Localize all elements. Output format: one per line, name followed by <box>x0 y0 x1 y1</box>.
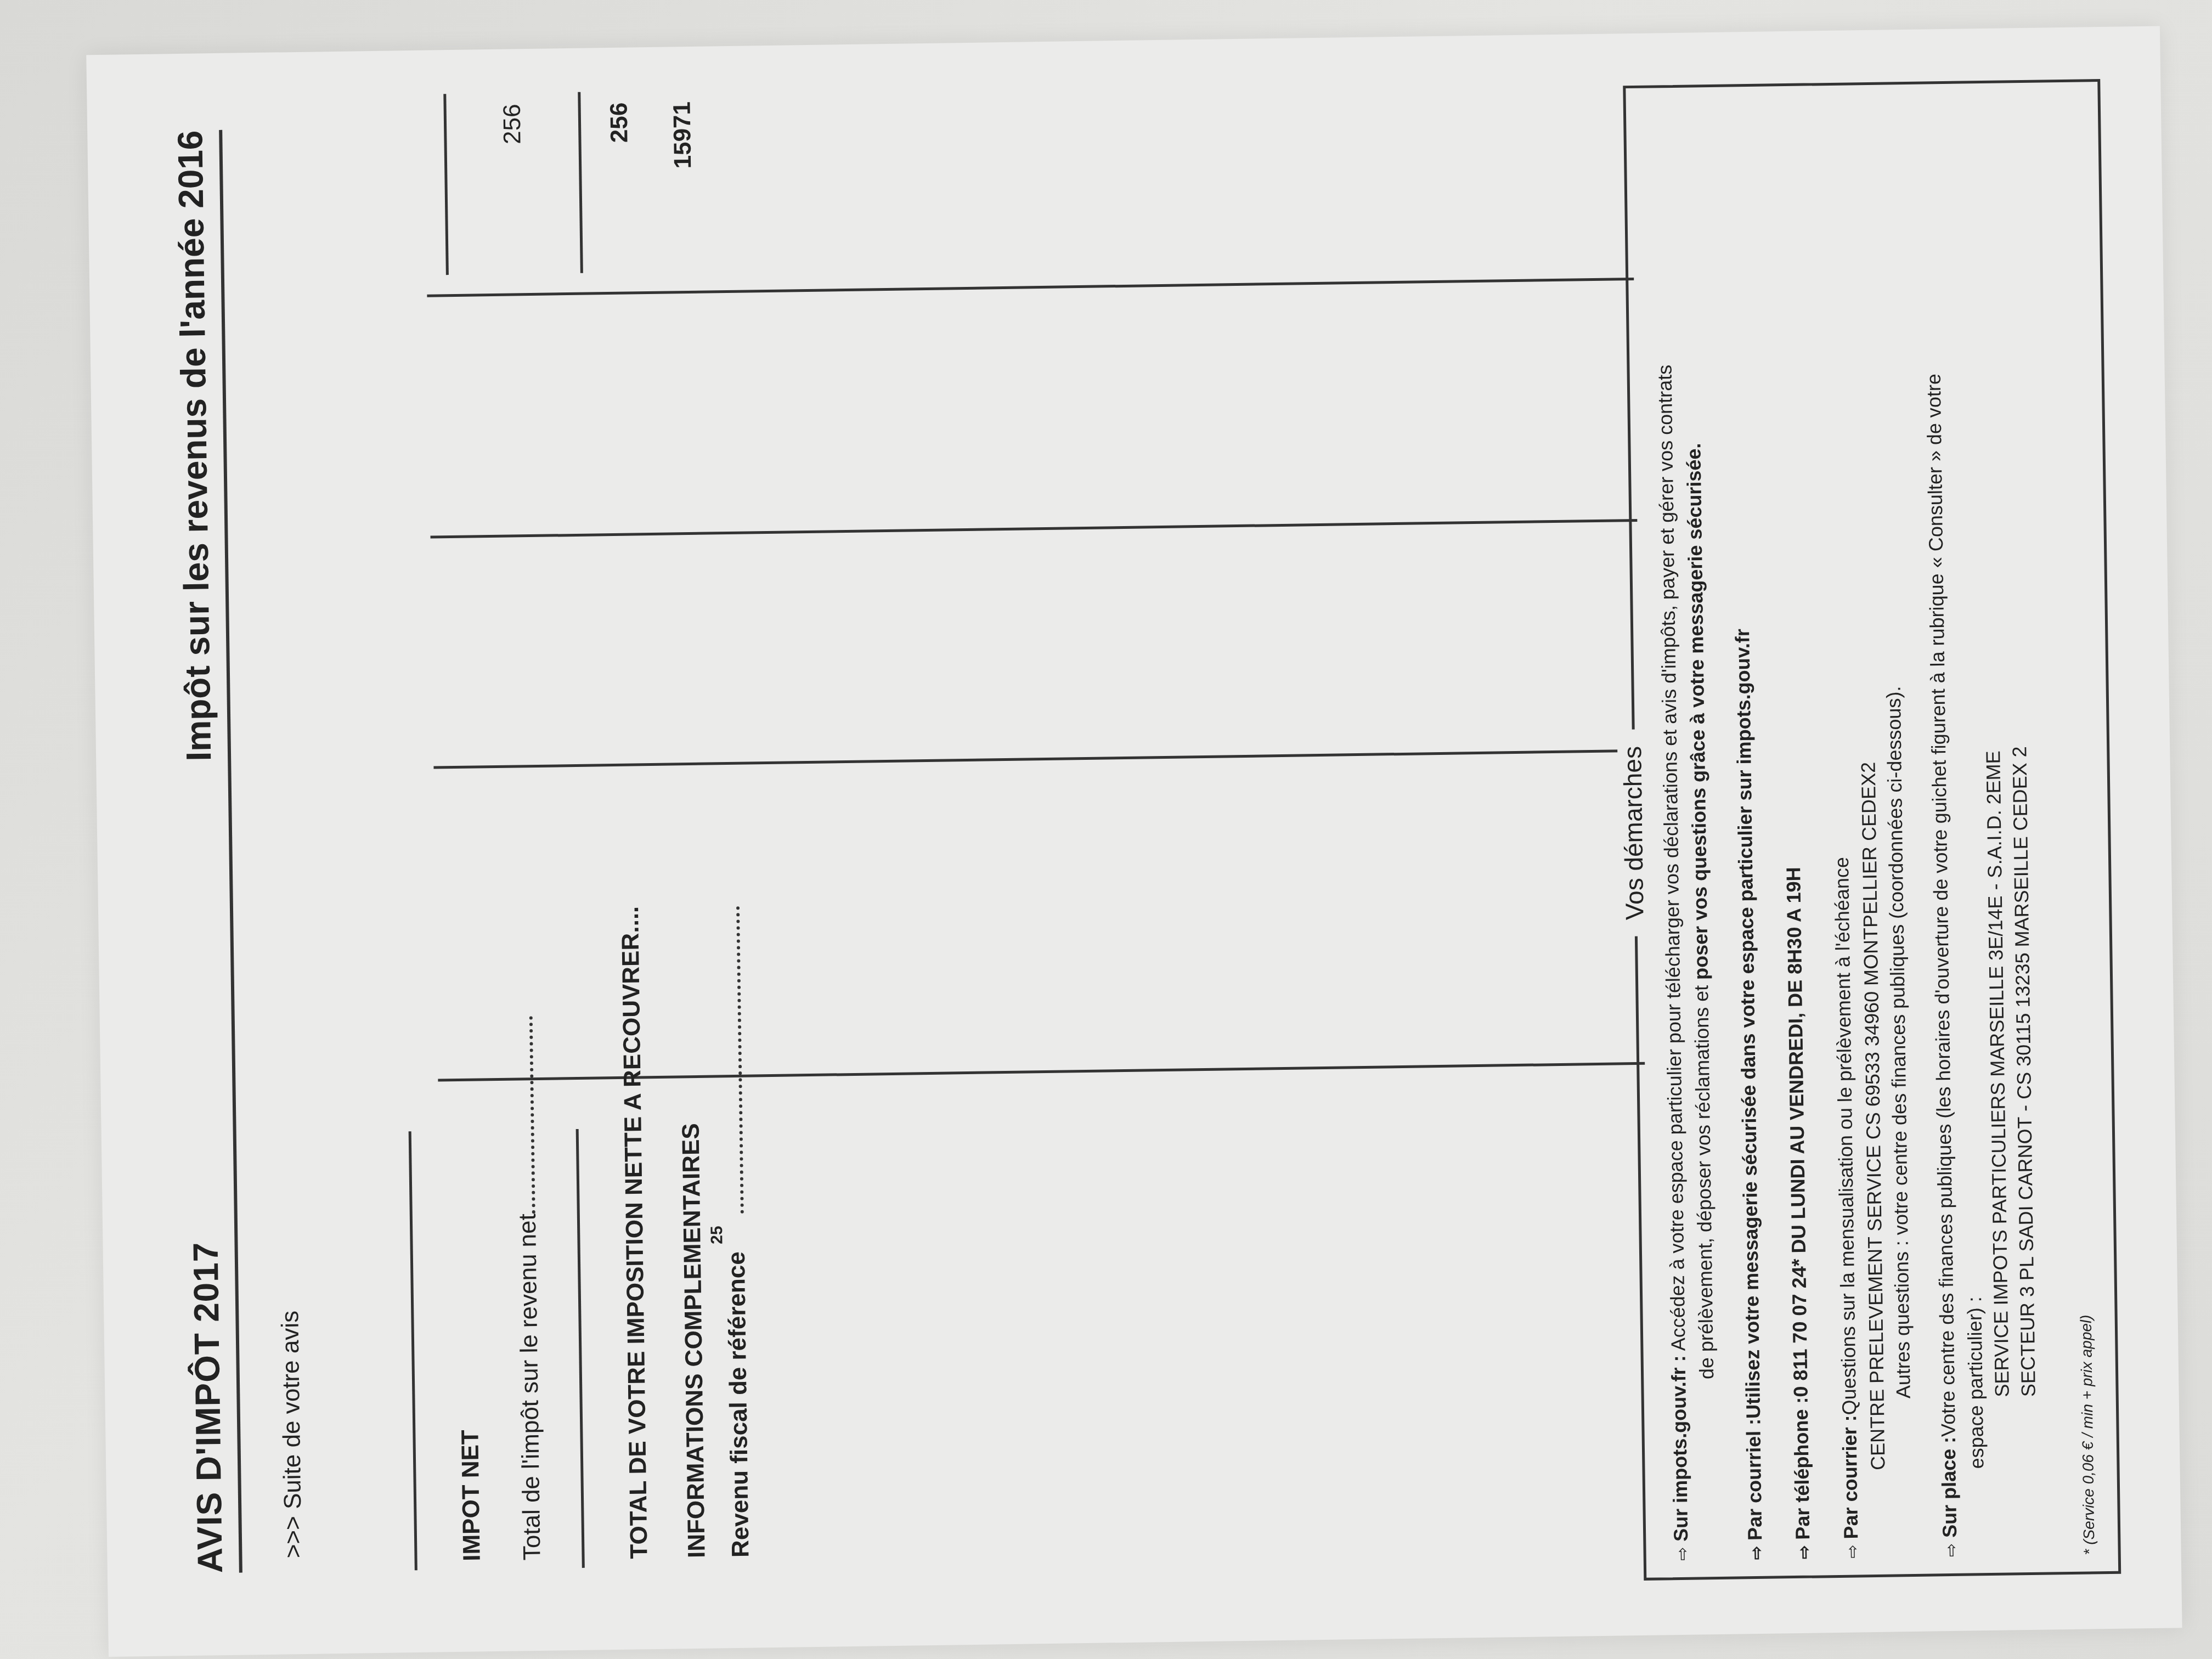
revenu-fiscal-row: Revenu fiscal de référence25 <box>718 906 755 1558</box>
separator <box>576 1129 585 1568</box>
arrow-icon: ⇨ <box>1673 1547 1691 1561</box>
arrow-icon: ⇨ <box>1843 1544 1861 1559</box>
total-imposition-value: 256 <box>606 102 635 267</box>
revenu-fiscal-value: 15971 <box>669 101 698 267</box>
info-complementaires-heading: INFORMATIONS COMPLEMENTAIRES <box>678 1123 711 1558</box>
demarche-courriel: ⇨Par courriel :Utilisez votre messagerie… <box>1722 109 1770 1560</box>
tax-notice-page: AVIS D'IMPÔT 2017 Impôt sur les revenus … <box>86 26 2182 1657</box>
arrow-icon: ⇨ <box>1795 1545 1813 1559</box>
footnote: * (Service 0,06 € / min + prix appel) <box>2078 1314 2098 1555</box>
demarche-telephone: ⇨Par téléphone :0 811 70 07 24* DU LUNDI… <box>1770 108 1818 1559</box>
total-impot-value: 256 <box>499 104 528 269</box>
demarche-courrier: ⇨Par courrier :Questions sur la mensuali… <box>1818 106 1919 1559</box>
total-imposition-label: TOTAL DE VOTRE IMPOSITION NETTE A RECOUV… <box>617 906 653 1559</box>
column-line <box>433 749 1640 769</box>
arrow-icon: ⇨ <box>1747 1546 1765 1560</box>
leader-dots <box>529 1016 535 1214</box>
arrow-icon: ⇨ <box>1942 1543 1960 1558</box>
amount-rule <box>443 94 449 275</box>
column-line <box>431 519 1638 539</box>
revenu-fiscal-label: Revenu fiscal de référence <box>723 1251 754 1558</box>
document-subtitle: Impôt sur les revenus de l'année 2016 <box>170 130 219 761</box>
document-title: AVIS D'IMPÔT 2017 <box>185 1242 230 1573</box>
demarche-web: ⇨Sur impots.gouv.fr : Accédez à votre es… <box>1648 109 1723 1561</box>
separator <box>409 1131 417 1570</box>
demarches-box: Vos démarches ⇨Sur impots.gouv.fr : Accé… <box>1623 79 2121 1581</box>
impot-net-heading: IMPOT NET <box>456 1430 486 1561</box>
continuation-label: >>> Suite de votre avis <box>276 1311 307 1559</box>
revenu-fiscal-ref: 25 <box>708 1226 726 1244</box>
demarches-title: Vos démarches <box>1617 730 1650 937</box>
total-impot-label: Total de l'impôt sur le revenu net <box>514 1214 546 1561</box>
amount-rule <box>578 92 583 273</box>
demarche-sur-place: ⇨Sur place :Votre centre des finances pu… <box>1917 105 2044 1557</box>
total-impot-row: Total de l'impôt sur le revenu net <box>511 1016 546 1561</box>
leader-dots <box>736 906 744 1214</box>
column-line <box>427 278 1634 297</box>
